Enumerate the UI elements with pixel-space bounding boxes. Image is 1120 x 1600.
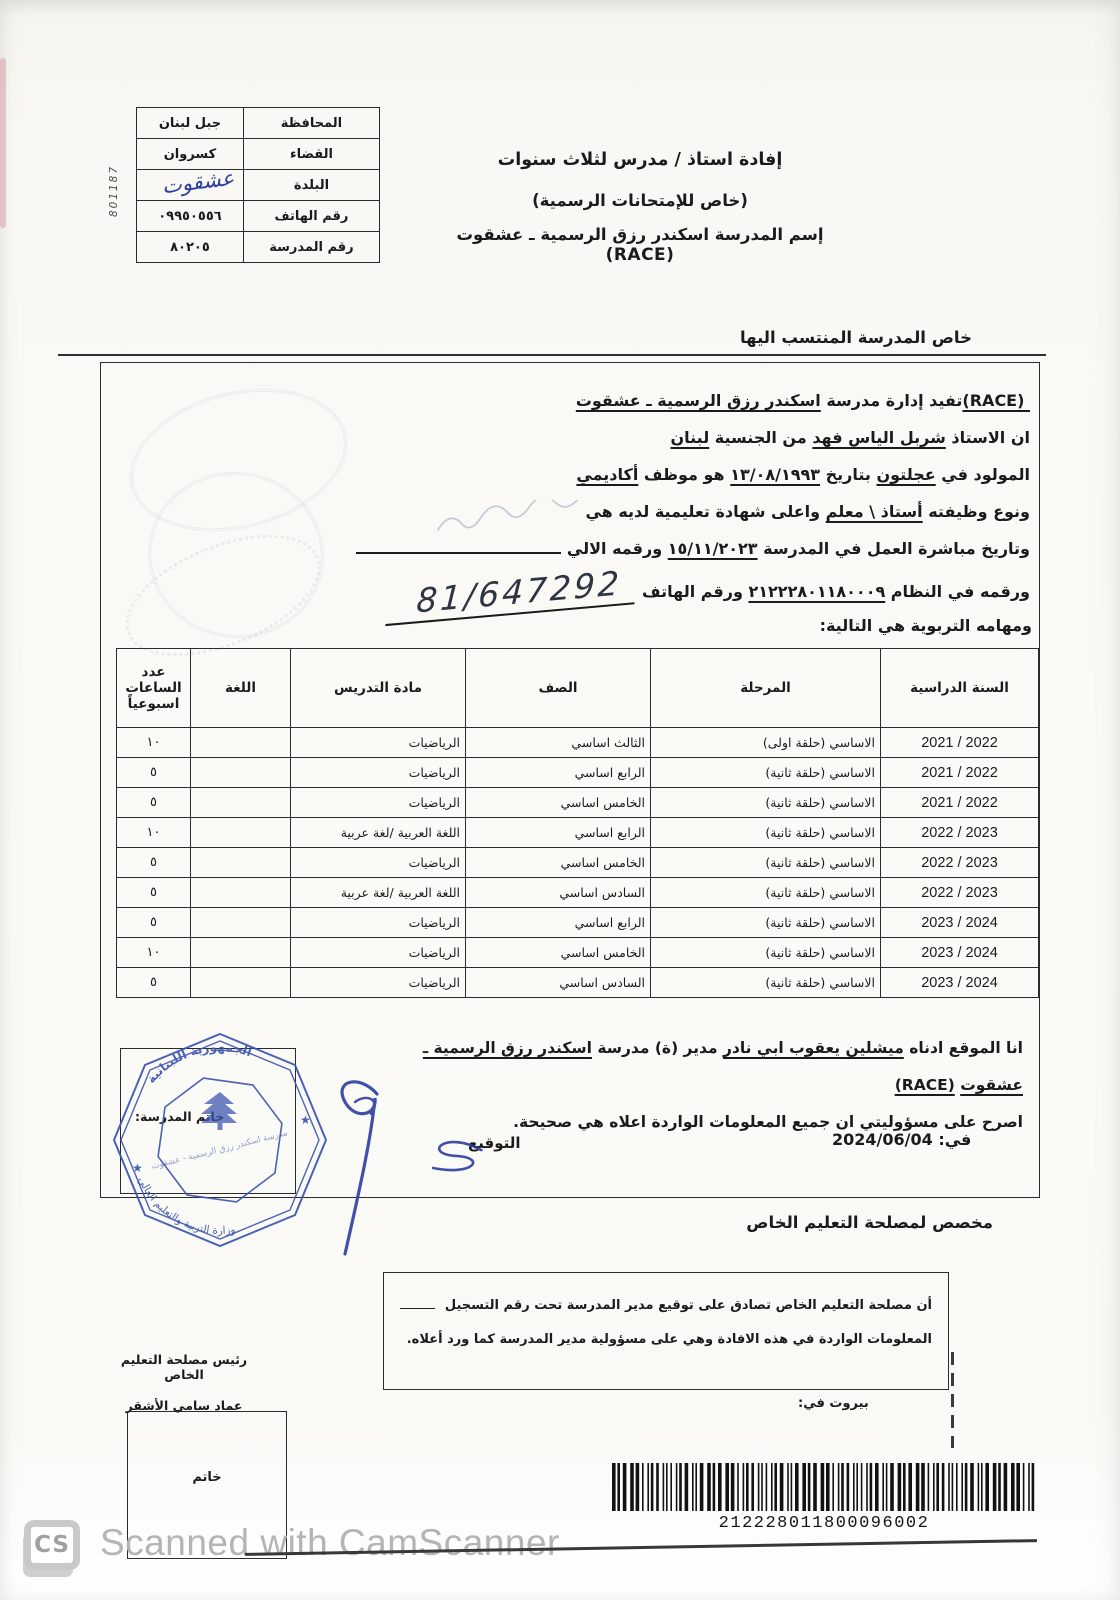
table-cell: ١٠: [117, 938, 191, 968]
camscanner-logo-icon: CS: [24, 1520, 80, 1570]
column-header: عدد الساعات اسبوعياً: [117, 649, 191, 728]
faint-handwriting: [430, 500, 710, 542]
certificate-text: (RACE) تفيد إدارة مدرسة اسكندر رزق الرسم…: [388, 382, 1030, 610]
table-cell: اللغة العربية /لغة عربية: [291, 878, 466, 908]
column-header: الصف: [466, 649, 651, 728]
column-header: المرحلة: [651, 649, 881, 728]
school-acronym: (RACE): [360, 245, 920, 265]
table-cell: السادس اساسي: [466, 878, 651, 908]
chief-signature-block: رئيس مصلحة التعليم الخاص عماد سامي الأشق…: [104, 1352, 264, 1413]
table-cell: 2023 / 2024: [881, 968, 1039, 998]
camscanner-watermark: Scanned with CamScanner: [100, 1522, 560, 1564]
pe-box-line1: أن مصلحة التعليم الخاص تصادق على توقيع م…: [398, 1295, 932, 1317]
scanned-document-page: المحافظةجبل لبنانالقضاءكسروانالبلدةعشقوت…: [0, 0, 1120, 1600]
svg-text:وزارة التربية والتعليم العالي: وزارة التربية والتعليم العالي: [136, 1175, 237, 1237]
duties-table-header-row: السنة الدراسيةالمرحلةالصفمادة التدريسالل…: [117, 649, 1039, 728]
table-row: 2023 / 2024الاساسي (حلقة ثانية)السادس اس…: [117, 968, 1039, 998]
table-cell: الاساسي (حلقة ثانية): [651, 908, 881, 938]
info-label: المحافظة: [243, 108, 379, 139]
table-cell: الاساسي (حلقة ثانية): [651, 968, 881, 998]
table-cell: الرابع اساسي: [466, 818, 651, 848]
stamp-placeholder-label: خاتم: [128, 1470, 286, 1485]
text-line: المولود في عجلتون بتاريخ ١٣/٠٨/١٩٩٣ هو م…: [388, 456, 1030, 493]
table-cell: [191, 788, 291, 818]
info-value-text: كسروان: [164, 147, 217, 162]
info-value: ٨٠٢٠٥: [137, 232, 244, 263]
beirut-date-label: بيروت في:: [798, 1396, 869, 1411]
table-cell: ١٠: [117, 818, 191, 848]
stamp-star-icon: ★: [132, 1161, 143, 1175]
table-cell: ١٠: [117, 728, 191, 758]
table-cell: 2021 / 2022: [881, 758, 1039, 788]
document-header: إفادة استاذ / مدرس لثلاث سنوات (خاص للإم…: [360, 150, 920, 265]
table-cell: الرياضيات: [291, 758, 466, 788]
info-value-text: ٨٠٢٠٥: [170, 240, 210, 255]
info-value: كسروان: [137, 139, 244, 170]
table-row: 2023 / 2024الاساسي (حلقة ثانية)الرابع اس…: [117, 908, 1039, 938]
table-row: 2022 / 2023الاساسي (حلقة ثانية)السادس اس…: [117, 878, 1039, 908]
document-subtitle: (خاص للإمتحانات الرسمية): [360, 191, 920, 210]
table-cell: الاساسي (حلقة ثانية): [651, 938, 881, 968]
table-cell: 2022 / 2023: [881, 848, 1039, 878]
info-row: المحافظةجبل لبنان: [137, 108, 380, 139]
table-row: 2023 / 2024الاساسي (حلقة ثانية)الخامس اس…: [117, 938, 1039, 968]
table-cell: الاساسي (حلقة ثانية): [651, 788, 881, 818]
section-title-school: خاص المدرسة المنتسب اليها: [740, 328, 972, 347]
table-cell: 2022 / 2023: [881, 818, 1039, 848]
table-cell: ٥: [117, 968, 191, 998]
handwritten-signatures: [285, 1072, 495, 1267]
table-cell: [191, 728, 291, 758]
info-value: جبل لبنان: [137, 108, 244, 139]
date-line: في: 2024/06/04: [832, 1130, 971, 1149]
table-cell: 2021 / 2022: [881, 728, 1039, 758]
duties-table: السنة الدراسيةالمرحلةالصفمادة التدريسالل…: [116, 648, 1039, 998]
table-cell: [191, 938, 291, 968]
date-label: في:: [938, 1130, 971, 1149]
table-cell: الاساسي (حلقة ثانية): [651, 818, 881, 848]
table-cell: الرياضيات: [291, 938, 466, 968]
table-cell: 2023 / 2024: [881, 938, 1039, 968]
text-line: ان الاستاذ شربل الياس فهد من الجنسية لبن…: [388, 419, 1030, 456]
chief-title: رئيس مصلحة التعليم الخاص: [104, 1352, 264, 1382]
duties-section-title: ومهامه التربوية هي التالية:: [820, 616, 1032, 635]
text-line: ورقمه في النظام ٢١٢٢٢٨٠١١٨٠٠٠٩ ورقم الها…: [388, 567, 1030, 610]
table-cell: الاساسي (حلقة ثانية): [651, 878, 881, 908]
table-cell: الرياضيات: [291, 968, 466, 998]
table-cell: ٥: [117, 848, 191, 878]
table-cell: الخامس اساسي: [466, 938, 651, 968]
registration-number-blank: [400, 1296, 435, 1309]
info-value-text: عشقوت: [160, 166, 235, 199]
table-cell: [191, 818, 291, 848]
column-header: السنة الدراسية: [881, 649, 1039, 728]
svg-text:الجمهورية اللبنانية: الجمهورية اللبنانية: [144, 1040, 254, 1086]
info-value: ٠٩٩٥٠٥٥٦: [137, 201, 244, 232]
table-cell: [191, 758, 291, 788]
table-cell: الخامس اساسي: [466, 848, 651, 878]
table-cell: الخامس اساسي: [466, 788, 651, 818]
stamp-top-text: الجمهورية اللبنانية: [144, 1040, 254, 1086]
info-value: عشقوت: [137, 170, 244, 201]
table-cell: اللغة العربية /لغة عربية: [291, 818, 466, 848]
table-row: 2021 / 2022الاساسي (حلقة اولى)الثالث اسا…: [117, 728, 1039, 758]
column-header: اللغة: [191, 649, 291, 728]
table-cell: الرياضيات: [291, 788, 466, 818]
table-row: 2021 / 2022الاساسي (حلقة ثانية)الخامس اس…: [117, 788, 1039, 818]
date-value: 2024/06/04: [832, 1130, 933, 1149]
info-value-text: ٠٩٩٥٠٥٥٦: [158, 209, 221, 224]
scan-artifact: [0, 58, 6, 228]
table-cell: الاساسي (حلقة ثانية): [651, 848, 881, 878]
info-value-text: جبل لبنان: [159, 116, 221, 131]
table-cell: الرياضيات: [291, 848, 466, 878]
table-cell: 2021 / 2022: [881, 788, 1039, 818]
column-header: مادة التدريس: [291, 649, 466, 728]
table-row: 2022 / 2023الاساسي (حلقة ثانية)الخامس اس…: [117, 848, 1039, 878]
pe-box-line2: المعلومات الواردة في هذه الافادة وهي على…: [398, 1329, 932, 1351]
table-cell: 2023 / 2024: [881, 908, 1039, 938]
table-cell: 2022 / 2023: [881, 878, 1039, 908]
table-cell: الاساسي (حلقة ثانية): [651, 758, 881, 788]
stamp-inner-text: مدرسة اسكندر رزق الرسمية - عشقوت: [151, 1128, 289, 1171]
dashed-fold-line: [951, 1352, 954, 1448]
table-row: 2021 / 2022الاساسي (حلقة ثانية)الرابع اس…: [117, 758, 1039, 788]
barcode-number: 212228011800096002: [612, 1514, 1036, 1533]
serial-number: 801187: [108, 141, 120, 241]
barcode: [612, 1463, 1036, 1511]
document-title: إفادة استاذ / مدرس لثلاث سنوات: [360, 150, 920, 170]
info-row: رقم الهاتف٠٩٩٥٠٥٥٦: [137, 201, 380, 232]
school-name-line: إسم المدرسة اسكندر رزق الرسمية ـ عشقوت: [360, 225, 920, 244]
table-cell: [191, 908, 291, 938]
section-title-private-education: مخصص لمصلحة التعليم الخاص: [746, 1213, 993, 1232]
stamp-bottom-text: وزارة التربية والتعليم العالي: [136, 1175, 237, 1237]
cedar-icon: [201, 1092, 237, 1130]
private-education-box: أن مصلحة التعليم الخاص تصادق على توقيع م…: [383, 1272, 949, 1390]
text-line: (RACE) تفيد إدارة مدرسة اسكندر رزق الرسم…: [388, 382, 1030, 419]
table-cell: ٥: [117, 758, 191, 788]
table-cell: ٥: [117, 908, 191, 938]
table-cell: الرابع اساسي: [466, 908, 651, 938]
info-row: القضاءكسروان: [137, 139, 380, 170]
divider-line: [58, 354, 1046, 356]
table-cell: [191, 848, 291, 878]
table-cell: ٥: [117, 788, 191, 818]
table-row: 2022 / 2023الاساسي (حلقة ثانية)الرابع اس…: [117, 818, 1039, 848]
table-cell: السادس اساسي: [466, 968, 651, 998]
school-info-table: المحافظةجبل لبنانالقضاءكسروانالبلدةعشقوت…: [136, 107, 380, 263]
table-cell: الرابع اساسي: [466, 758, 651, 788]
table-cell: الاساسي (حلقة اولى): [651, 728, 881, 758]
table-cell: الثالث اساسي: [466, 728, 651, 758]
info-row: البلدةعشقوت: [137, 170, 380, 201]
table-cell: الرياضيات: [291, 728, 466, 758]
info-row: رقم المدرسة٨٠٢٠٥: [137, 232, 380, 263]
table-cell: [191, 968, 291, 998]
table-cell: [191, 878, 291, 908]
table-cell: ٥: [117, 878, 191, 908]
table-cell: الرياضيات: [291, 908, 466, 938]
